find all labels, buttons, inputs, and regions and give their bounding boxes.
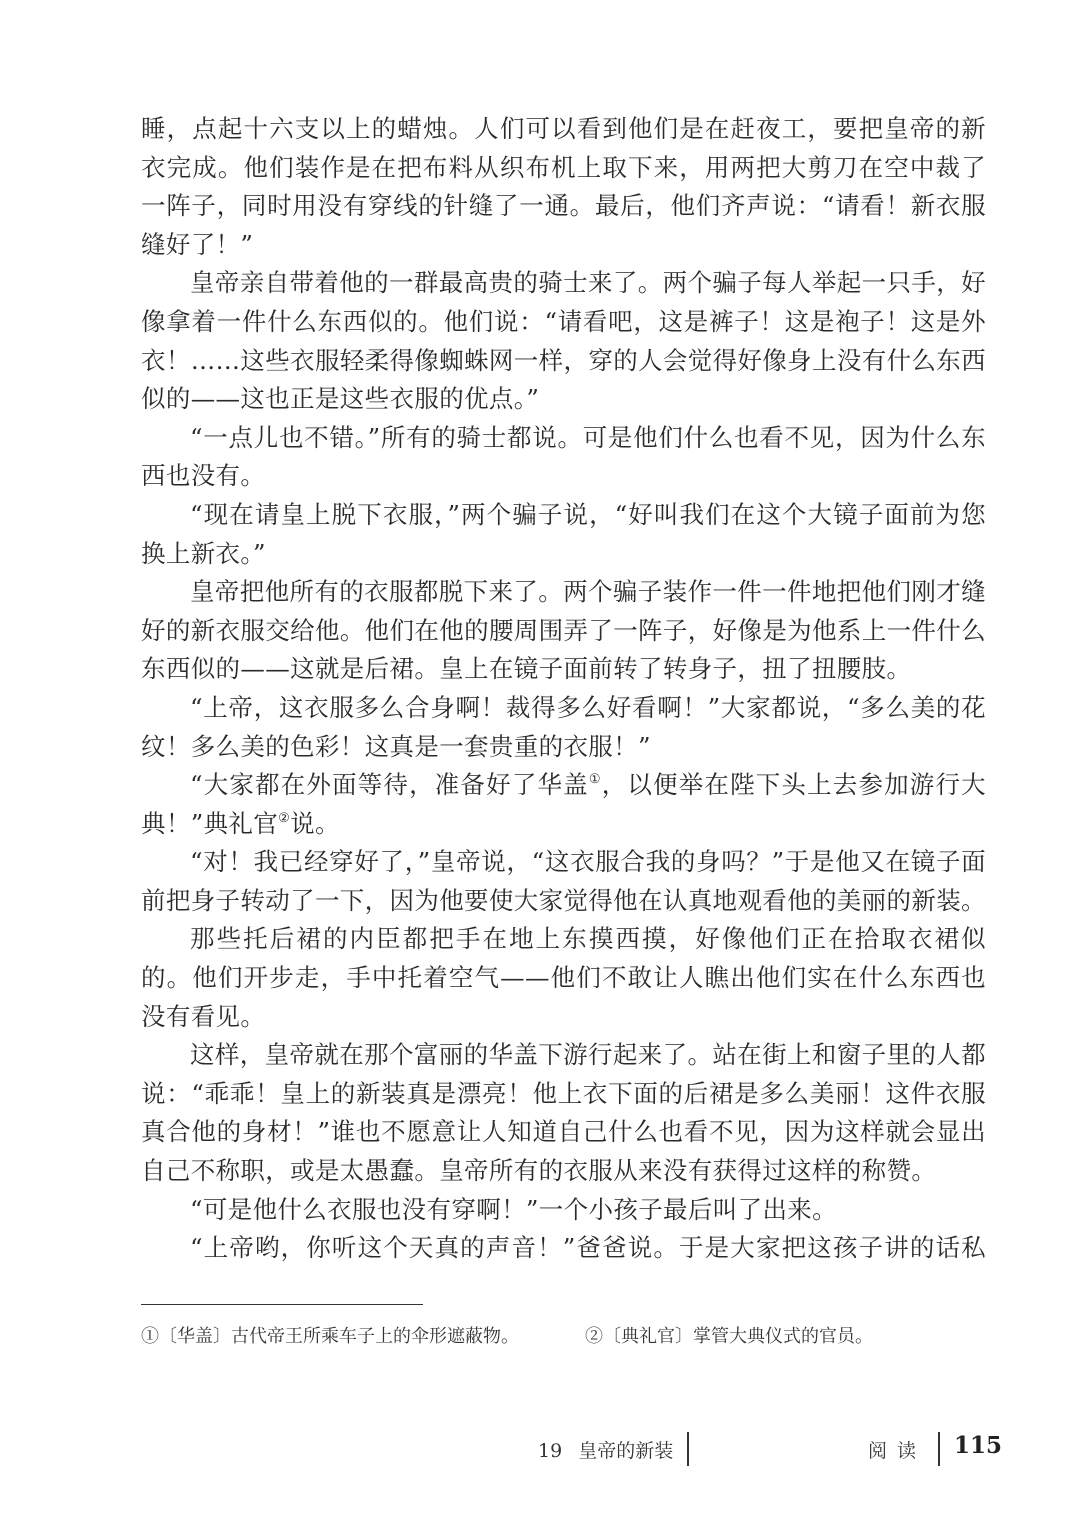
text-line: 典！”典礼官②说。 bbox=[141, 805, 986, 844]
text-line: 没有看见。 bbox=[141, 998, 986, 1037]
page-footer: 19皇帝的新装 阅读 115 bbox=[0, 1432, 1080, 1468]
footnote-divider bbox=[141, 1304, 423, 1305]
text-line: 像拿着一件什么东西似的。他们说：“请看吧，这是裤子！这是袍子！这是外 bbox=[141, 303, 986, 342]
footnote-1-term: 〔华盖〕 bbox=[159, 1326, 231, 1347]
text-line: 纹！多么美的色彩！这真是一套贵重的衣服！” bbox=[141, 728, 986, 767]
lesson-title: 皇帝的新装 bbox=[578, 1440, 673, 1462]
text-line: 真合他的身材！”谁也不愿意让人知道自己什么也看不见，因为这样就会显出 bbox=[141, 1113, 986, 1152]
text-line: 睡，点起十六支以上的蜡烛。人们可以看到他们是在赶夜工，要把皇帝的新 bbox=[141, 110, 986, 149]
text-line: “一点儿也不错。”所有的骑士都说。可是他们什么也看不见，因为什么东 bbox=[141, 419, 986, 458]
footer-divider bbox=[938, 1432, 940, 1466]
text-line: 说：“乖乖！皇上的新装真是漂亮！他上衣下面的后裙是多么美丽！这件衣服 bbox=[141, 1075, 986, 1114]
text-line: “现在请皇上脱下衣服，”两个骗子说，“好叫我们在这个大镜子面前为您 bbox=[141, 496, 986, 535]
text-line: 的。他们开步走，手中托着空气——他们不敢让人瞧出他们实在什么东西也 bbox=[141, 959, 986, 998]
footnote-1-marker: ① bbox=[141, 1326, 159, 1347]
text-line: 前把身子转动了一下，因为他要使大家觉得他在认真地观看他的美丽的新装。 bbox=[141, 882, 986, 921]
footnote-2-marker: ② bbox=[585, 1326, 603, 1347]
footnote-2-definition: 掌管大典仪式的官员。 bbox=[693, 1326, 873, 1347]
text-line: 皇帝把他所有的衣服都脱下来了。两个骗子装作一件一件地把他们刚才缝 bbox=[141, 573, 986, 612]
footnote-1-definition: 古代帝王所乘车子上的伞形遮蔽物。 bbox=[231, 1326, 519, 1347]
text-line: 好的新衣服交给他。他们在他的腰周围弄了一阵子，好像是为他系上一件什么 bbox=[141, 612, 986, 651]
text-line: “可是他什么衣服也没有穿啊！”一个小孩子最后叫了出来。 bbox=[141, 1191, 986, 1230]
text-line: 那些托后裙的内臣都把手在地上东摸西摸，好像他们正在拾取衣裙似 bbox=[141, 920, 986, 959]
text-line: 皇帝亲自带着他的一群最高贵的骑士来了。两个骗子每人举起一只手，好 bbox=[141, 264, 986, 303]
page-number: 115 bbox=[954, 1432, 1002, 1459]
footnote-2: ②〔典礼官〕掌管大典仪式的官员。 bbox=[585, 1322, 873, 1348]
text-line: 自己不称职，或是太愚蠢。皇帝所有的衣服从来没有获得过这样的称赞。 bbox=[141, 1152, 986, 1191]
text-line: 衣完成。他们装作是在把布料从织布机上取下来，用两把大剪刀在空中裁了 bbox=[141, 149, 986, 188]
footer-divider bbox=[687, 1432, 689, 1466]
lesson-heading: 19皇帝的新装 bbox=[538, 1436, 673, 1463]
section-label: 阅读 bbox=[868, 1436, 926, 1463]
lesson-number: 19 bbox=[538, 1440, 562, 1462]
footnote-reference: ① bbox=[589, 772, 602, 787]
text-line: “大家都在外面等待，准备好了华盖①，以便举在陛下头上去参加游行大 bbox=[141, 766, 986, 805]
text-line: 缝好了！” bbox=[141, 226, 986, 265]
story-body-text: 睡，点起十六支以上的蜡烛。人们可以看到他们是在赶夜工，要把皇帝的新衣完成。他们装… bbox=[141, 110, 986, 1268]
footnote-1: ①〔华盖〕古代帝王所乘车子上的伞形遮蔽物。 bbox=[141, 1322, 519, 1348]
text-line: “对！我已经穿好了，”皇帝说，“这衣服合我的身吗？”于是他又在镜子面 bbox=[141, 843, 986, 882]
text-line: “上帝，这衣服多么合身啊！裁得多么好看啊！”大家都说，“多么美的花 bbox=[141, 689, 986, 728]
text-line: 换上新衣。” bbox=[141, 535, 986, 574]
text-line: 似的——这也正是这些衣服的优点。” bbox=[141, 380, 986, 419]
text-line: 一阵子，同时用没有穿线的针缝了一通。最后，他们齐声说：“请看！新衣服 bbox=[141, 187, 986, 226]
text-line: 西也没有。 bbox=[141, 457, 986, 496]
text-line: 衣！……这些衣服轻柔得像蜘蛛网一样，穿的人会觉得好像身上没有什么东西 bbox=[141, 342, 986, 381]
footnote-2-term: 〔典礼官〕 bbox=[603, 1326, 693, 1347]
textbook-page: 睡，点起十六支以上的蜡烛。人们可以看到他们是在赶夜工，要把皇帝的新衣完成。他们装… bbox=[0, 0, 1080, 1526]
text-line: 这样，皇帝就在那个富丽的华盖下游行起来了。站在街上和窗子里的人都 bbox=[141, 1036, 986, 1075]
text-line: “上帝哟，你听这个天真的声音！”爸爸说。于是大家把这孩子讲的话私 bbox=[141, 1229, 986, 1268]
text-line: 东西似的——这就是后裙。皇上在镜子面前转了转身子，扭了扭腰肢。 bbox=[141, 650, 986, 689]
footnote-reference: ② bbox=[278, 811, 290, 826]
